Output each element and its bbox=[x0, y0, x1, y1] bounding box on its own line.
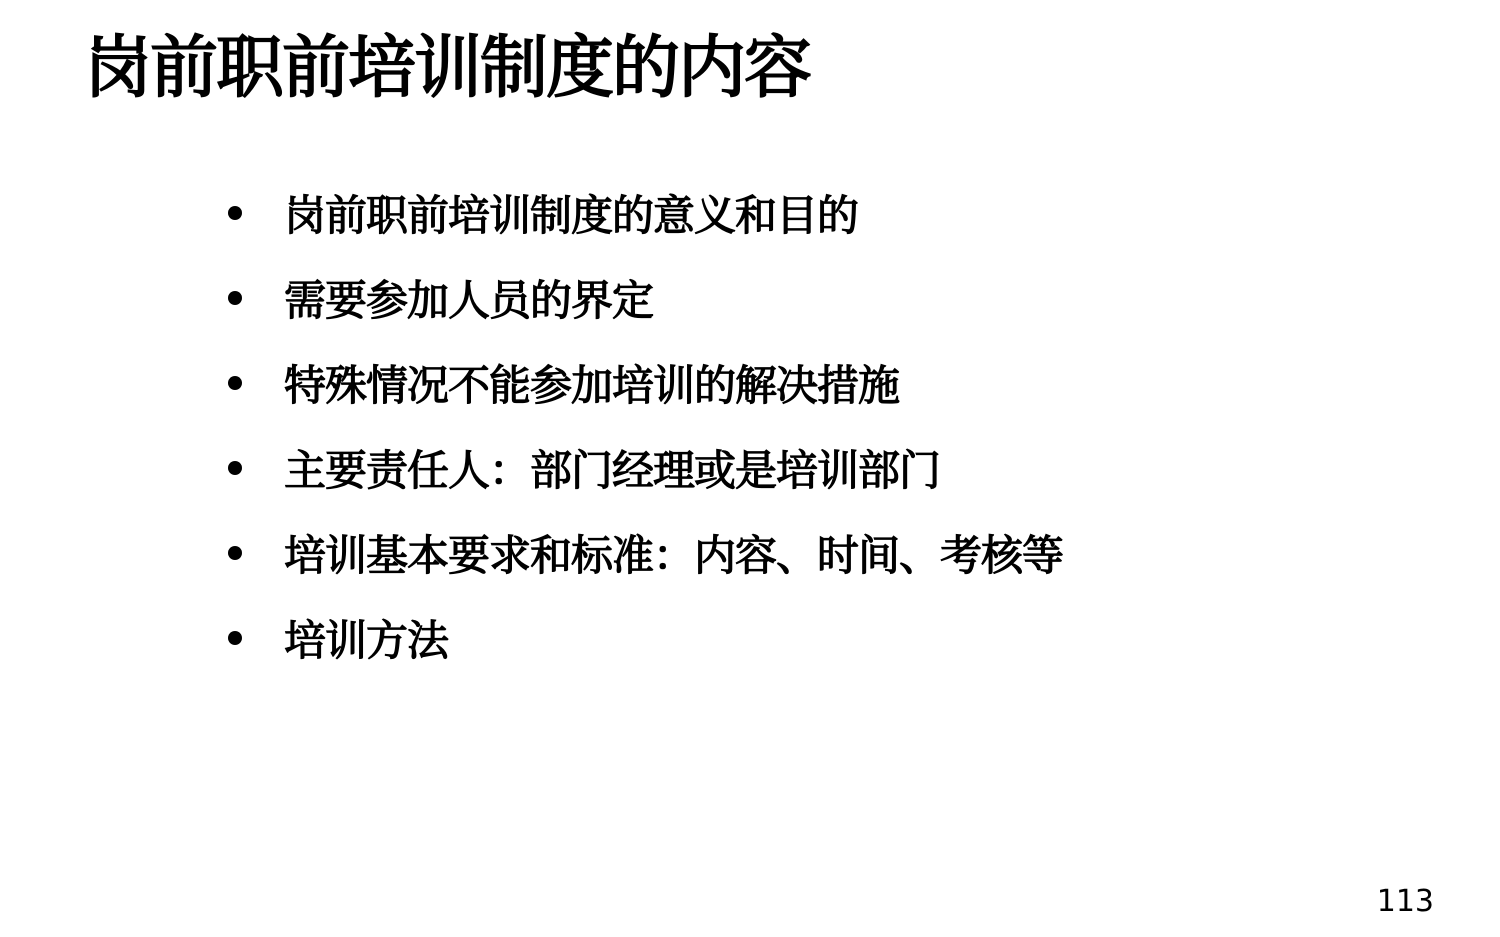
bullet-icon bbox=[228, 206, 242, 220]
bullet-text: 培训基本要求和标准：内容、时间、考核等 bbox=[284, 523, 1063, 583]
list-item: 特殊情况不能参加培训的解决措施 bbox=[228, 340, 1063, 425]
bullet-text: 岗前职前培训制度的意义和目的 bbox=[284, 183, 858, 243]
list-item: 培训基本要求和标准：内容、时间、考核等 bbox=[228, 510, 1063, 595]
bullet-icon bbox=[228, 546, 242, 560]
page-number: 113 bbox=[1377, 884, 1434, 919]
bullet-icon bbox=[228, 291, 242, 305]
bullet-icon bbox=[228, 631, 242, 645]
list-item: 岗前职前培训制度的意义和目的 bbox=[228, 170, 1063, 255]
list-item: 主要责任人：部门经理或是培训部门 bbox=[228, 425, 1063, 510]
bullet-text: 需要参加人员的界定 bbox=[284, 268, 653, 328]
bullet-text: 特殊情况不能参加培训的解决措施 bbox=[284, 353, 899, 413]
bullet-icon bbox=[228, 461, 242, 475]
bullet-text: 主要责任人：部门经理或是培训部门 bbox=[284, 438, 940, 498]
list-item: 需要参加人员的界定 bbox=[228, 255, 1063, 340]
bullet-icon bbox=[228, 376, 242, 390]
bullet-list: 岗前职前培训制度的意义和目的 需要参加人员的界定 特殊情况不能参加培训的解决措施… bbox=[228, 170, 1063, 680]
bullet-text: 培训方法 bbox=[284, 608, 448, 668]
list-item: 培训方法 bbox=[228, 595, 1063, 680]
page-title: 岗前职前培训制度的内容 bbox=[84, 30, 810, 108]
presentation-slide: 岗前职前培训制度的内容 岗前职前培训制度的意义和目的 需要参加人员的界定 特殊情… bbox=[0, 0, 1500, 937]
